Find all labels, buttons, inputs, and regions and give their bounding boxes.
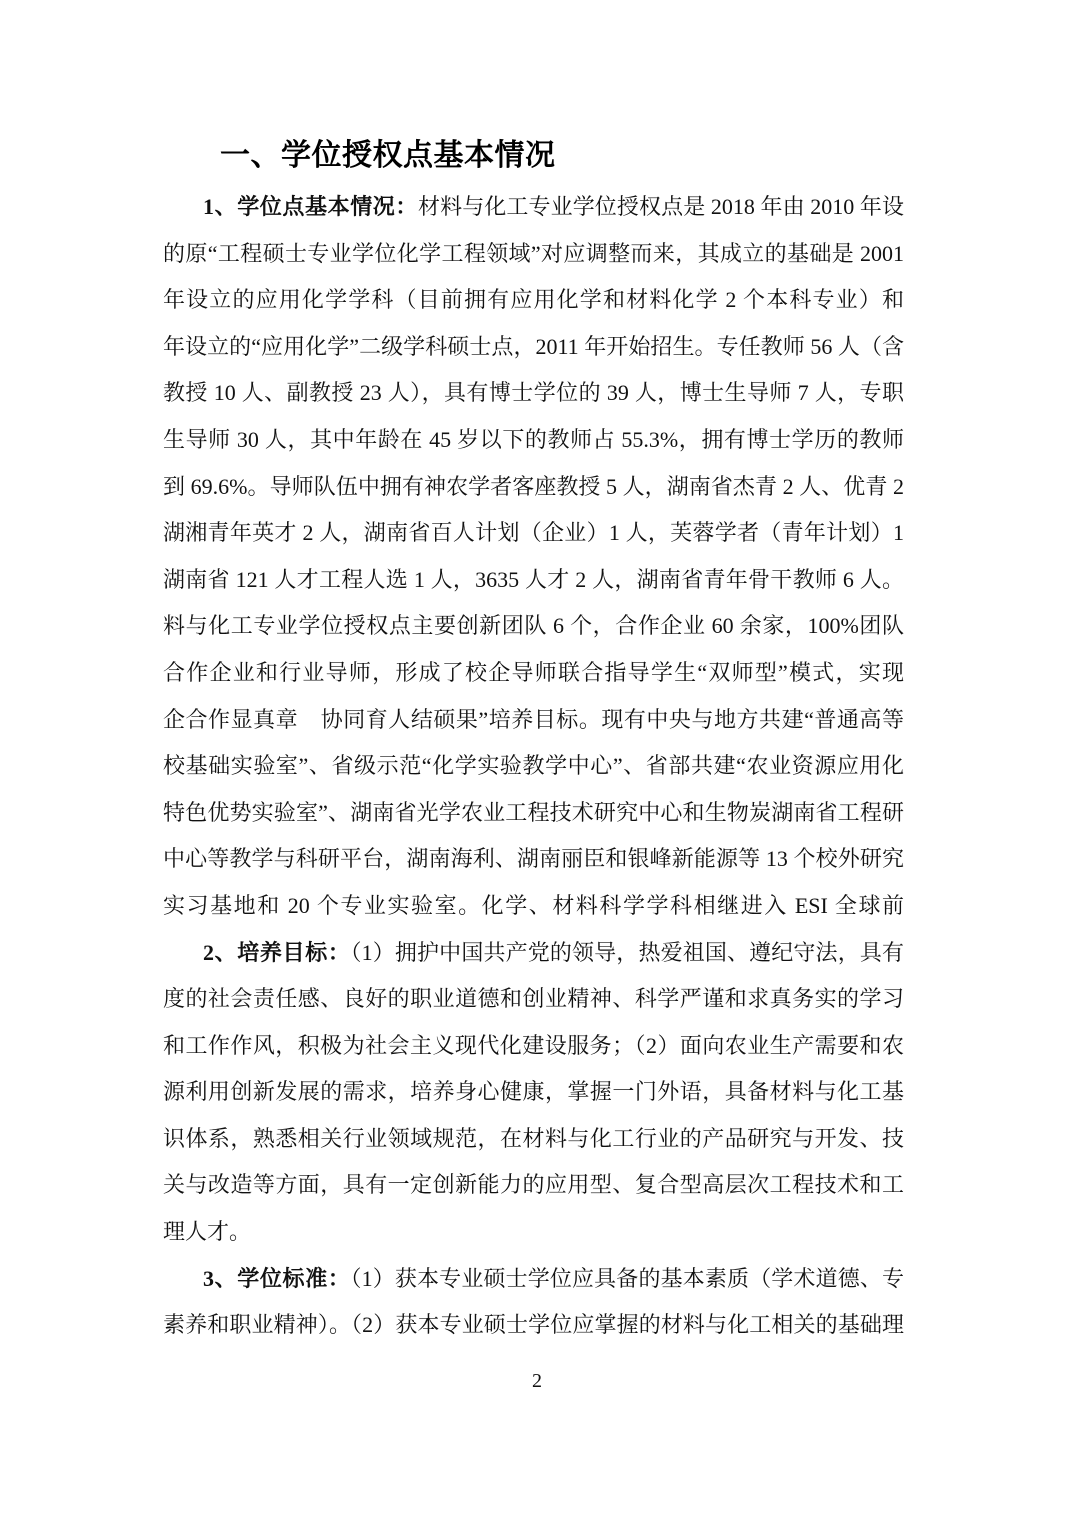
text-line: 实习基地和 20 个专业实验室。化学、材料科学学科相继进入 ESI 全球前 1%…	[163, 883, 904, 930]
text-line: 2、培养目标：（1）拥护中国共产党的领导，热爱祖国、遵纪守法，具有高	[163, 930, 904, 977]
text-line: 教授 10 人、副教授 23 人），具有博士学位的 39 人，博士生导师 7 人…	[163, 370, 904, 417]
text-line: 特色优势实验室”、湖南省光学农业工程技术研究中心和生物炭湖南省工程研究	[163, 790, 904, 837]
paragraph-lead: 3、学位标准：	[203, 1266, 350, 1291]
text-line: 关与改造等方面，具有一定创新能力的应用型、复合型高层次工程技术和工程管	[163, 1162, 904, 1209]
text-line: 3、学位标准：（1）获本专业硕士学位应具备的基本素质（学术道德、专业	[163, 1256, 904, 1303]
section-heading: 一、学位授权点基本情况	[163, 137, 904, 175]
text-line: 素养和职业精神）。（2）获本专业硕士学位应掌握的材料与化工相关的基础理论	[163, 1302, 904, 1349]
text-line: 年设立的“应用化学”二级学科硕士点，2011 年开始招生。专任教师 56 人（含	[163, 324, 904, 371]
text-line: 料与化工专业学位授权点主要创新团队 6 个，合作企业 60 余家，100%团队拥…	[163, 603, 904, 650]
text-line: 和工作作风，积极为社会主义现代化建设服务；（2）面向农业生产需要和农业资	[163, 1023, 904, 1070]
paragraph-lead: 2、培养目标：	[203, 940, 350, 965]
text-line: 湖南省 121 人才工程人选 1 人，3635 人才 2 人，湖南省青年骨干教师…	[163, 557, 904, 604]
text-line: 中心等教学与科研平台，湖南海利、湖南丽臣和银峰新能源等 13 个校外研究生	[163, 836, 904, 883]
text-line: 年设立的应用化学学科（目前拥有应用化学和材料化学 2 个本科专业）和 2003	[163, 277, 904, 324]
text-line: 的原“工程硕士专业学位化学工程领域”对应调整而来，其成立的基础是 2001	[163, 231, 904, 278]
text-line: 度的社会责任感、良好的职业道德和创业精神、科学严谨和求真务实的学习态度	[163, 976, 904, 1023]
text-line: 生导师 30 人，其中年龄在 45 岁以下的教师占 55.3%，拥有博士学历的教…	[163, 417, 904, 464]
paragraph-lead: 1、学位点基本情况：	[203, 194, 418, 219]
text-line: 合作企业和行业导师，形成了校企导师联合指导学生“双师型”模式，实现了“校	[163, 650, 904, 697]
body-text: 1、学位点基本情况：材料与化工专业学位授权点是 2018 年由 2010 年设立…	[163, 184, 904, 1349]
text-line: 源利用创新发展的需求，培养身心健康，掌握一门外语，具备材料与化工基本知	[163, 1069, 904, 1116]
document-page: 一、学位授权点基本情况 1、学位点基本情况：材料与化工专业学位授权点是 2018…	[0, 0, 1074, 1520]
document-content: 一、学位授权点基本情况 1、学位点基本情况：材料与化工专业学位授权点是 2018…	[163, 137, 904, 1349]
text-line: 湖湘青年英才 2 人，湖南省百人计划（企业）1 人，芙蓉学者（青年计划）1 人，	[163, 510, 904, 557]
text-line: 理人才。	[163, 1209, 904, 1256]
text-line: 企合作显真章 协同育人结硕果”培养目标。现有中央与地方共建“普通高等学	[163, 697, 904, 744]
text-line: 识体系，熟悉相关行业领域规范，在材料与化工行业的产品研究与开发、技术攻	[163, 1116, 904, 1163]
page-number: 2	[0, 1368, 1074, 1394]
text-line: 1、学位点基本情况：材料与化工专业学位授权点是 2018 年由 2010 年设立	[163, 184, 904, 231]
text-line: 到 69.6%。导师队伍中拥有神农学者客座教授 5 人，湖南省杰青 2 人、优青…	[163, 464, 904, 511]
text-line: 校基础实验室”、省级示范“化学实验教学中心”、省部共建“农业资源应用化学	[163, 743, 904, 790]
